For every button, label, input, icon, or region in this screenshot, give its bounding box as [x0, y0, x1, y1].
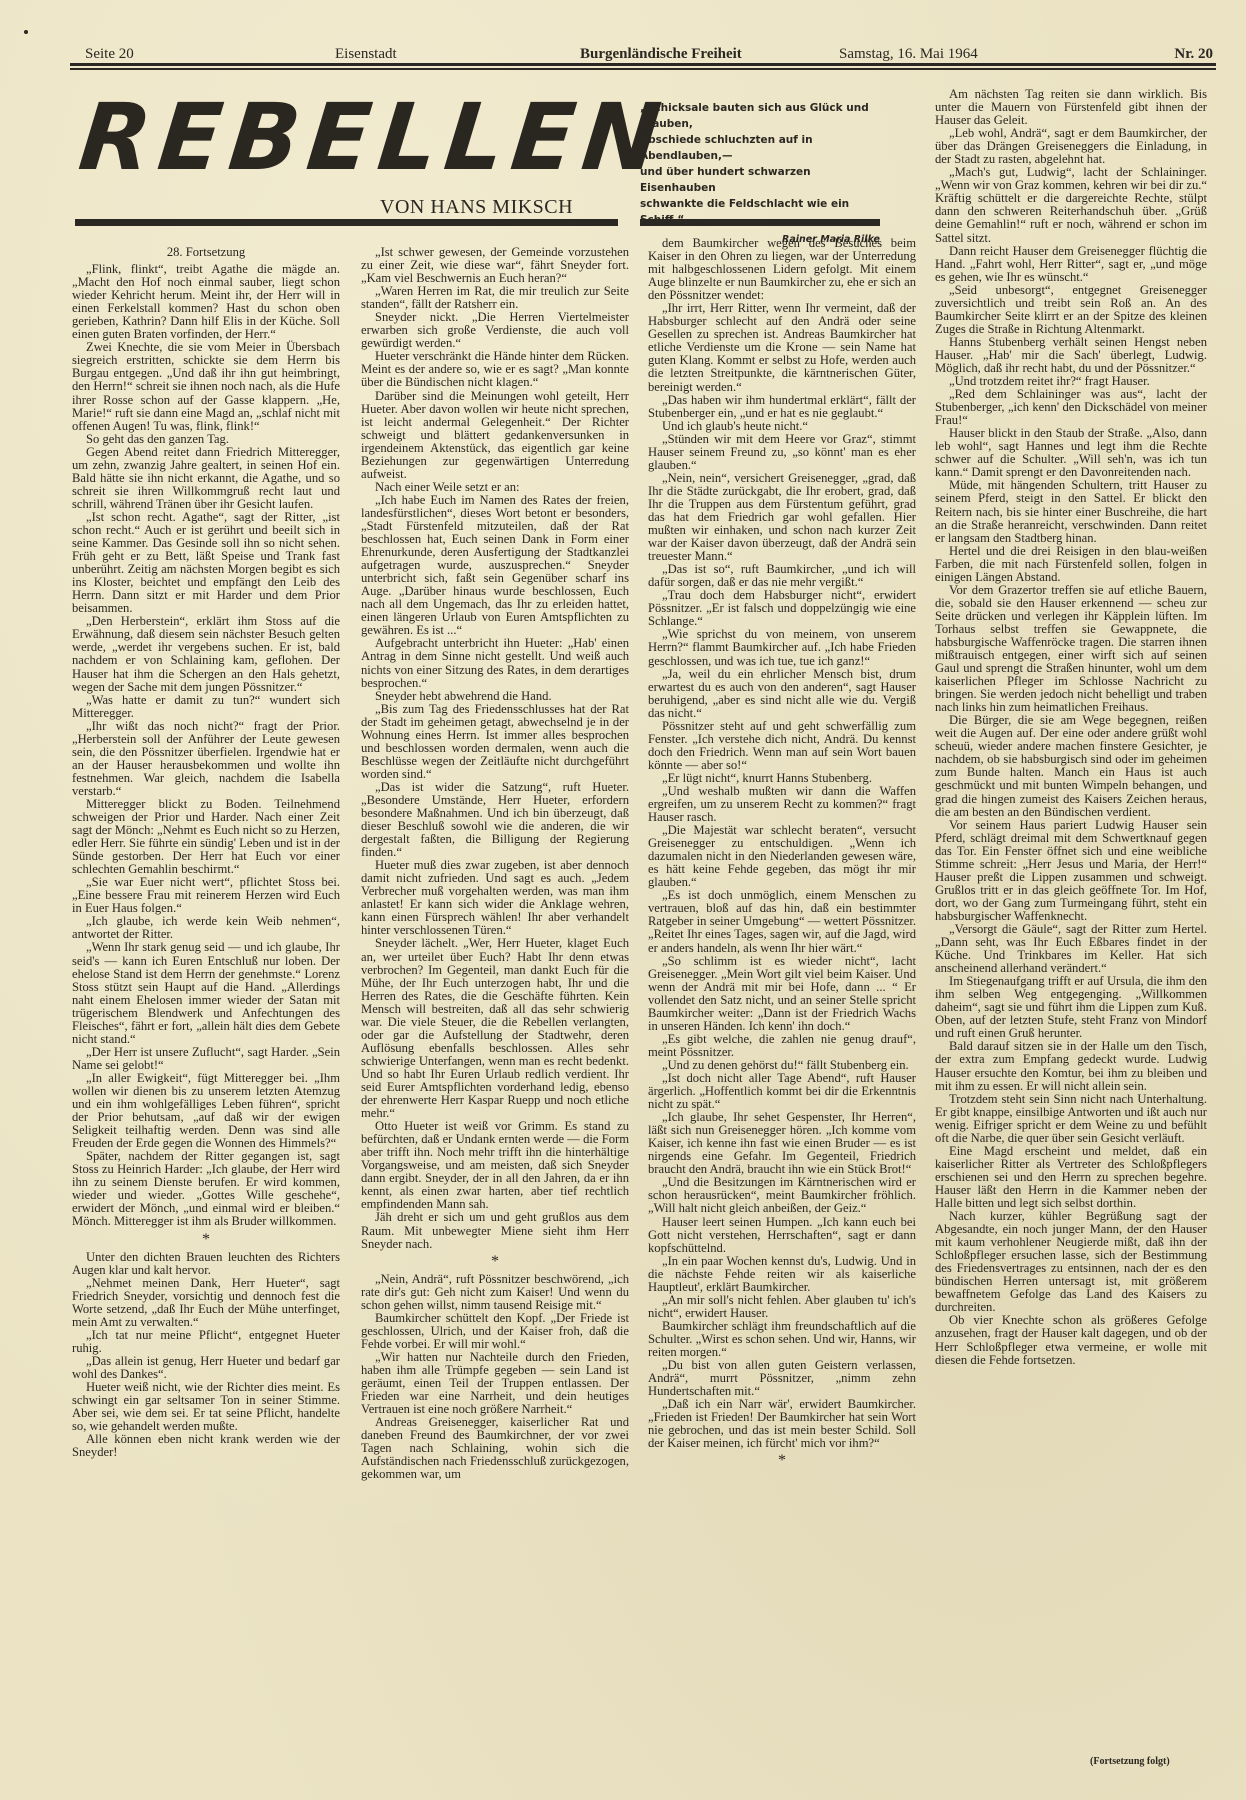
paragraph: So geht das den ganzen Tag.: [72, 433, 340, 446]
paragraph: „Bis zum Tag des Friedensschlusses hat d…: [361, 703, 629, 781]
paragraph: „Daß ich ein Narr wär', erwidert Baumkir…: [648, 1398, 916, 1450]
paragraph: „Und die Besitzungen im Kärntnerischen w…: [648, 1176, 916, 1215]
paragraph: „Das ist wider die Satzung“, ruft Hueter…: [361, 781, 629, 859]
epigraph-line: und über hundert schwarzen Eisenhauben: [640, 164, 880, 196]
paragraph: Bald darauf sitzen sie in der Halle um d…: [935, 1040, 1207, 1092]
paragraph: „Ist doch nicht aller Tage Abend“, ruft …: [648, 1072, 916, 1111]
title-rule: [75, 219, 618, 226]
paragraph: „Das haben wir ihm hundertmal erklärt“, …: [648, 394, 916, 420]
epigraph-rule: [640, 219, 880, 226]
paragraph: Eine Magd erscheint und meldet, daß ein …: [935, 1145, 1207, 1210]
paragraph: „Ich glaube, ich werde kein Weib nehmen“…: [72, 915, 340, 941]
paragraph: „In aller Ewigkeit“, fügt Mitteregger be…: [72, 1072, 340, 1150]
paragraph: „Ich glaube, Ihr sehet Gespenster, Ihr H…: [648, 1111, 916, 1176]
paragraph: Sneyder hebt abwehrend die Hand.: [361, 690, 629, 703]
paragraph: „Wir hatten nur Nachteile durch den Frie…: [361, 1351, 629, 1416]
paragraph: Hueter muß dies zwar zugeben, ist aber d…: [361, 859, 629, 937]
paragraph: dem Baumkircher wegen des Besuches beim …: [648, 237, 916, 302]
paragraph: „An mir soll's nicht fehlen. Aber glaube…: [648, 1294, 916, 1320]
paragraph: Hauser leert seinen Humpen. „Ich kann eu…: [648, 1216, 916, 1255]
paragraph: „Stünden wir mit dem Heere vor Graz“, st…: [648, 433, 916, 472]
paragraph: „Red dem Schlaininger was aus“, lacht de…: [935, 388, 1207, 427]
paragraph: Baumkircher schlägt ihm freundschaftlich…: [648, 1320, 916, 1359]
paragraph: Vor dem Grazertor treffen sie auf etlich…: [935, 584, 1207, 714]
paragraph: Hauser blickt in den Staub der Straße. „…: [935, 427, 1207, 479]
to-be-continued: (Fortsetzung folgt): [1090, 1756, 1170, 1767]
paragraph: „Das ist so“, ruft Baumkircher, „und ich…: [648, 563, 916, 589]
paragraph: Die Bürger, die sie am Wege begegnen, re…: [935, 714, 1207, 818]
city: Eisenstadt: [335, 46, 397, 63]
paragraph: Baumkircher schüttelt den Kopf. „Der Fri…: [361, 1312, 629, 1351]
paragraph: Sneyder lächelt. „Wer, Herr Hueter, klag…: [361, 937, 629, 1120]
section-separator: *: [72, 1229, 340, 1251]
section-separator: *: [648, 1450, 916, 1472]
paragraph: „Und weshalb mußten wir dann die Waffen …: [648, 785, 916, 824]
paragraph: „Es ist doch unmöglich, einem Menschen z…: [648, 889, 916, 954]
paragraph: „Den Herberstein“, erklärt ihm Stoss auf…: [72, 615, 340, 693]
paragraph: „So schlimm ist es wieder nicht“, lacht …: [648, 955, 916, 1033]
paragraph: „Sie war Euer nicht wert“, pflichtet Sto…: [72, 876, 340, 915]
paragraph: Aufgebracht unterbricht ihn Hueter: „Hab…: [361, 637, 629, 689]
paragraph: Otto Hueter ist weiß vor Grimm. Es stand…: [361, 1120, 629, 1211]
paragraph: Und ich glaub's heute nicht.“: [648, 420, 916, 433]
paragraph: „Ist schon recht. Agathe“, sagt der Ritt…: [72, 511, 340, 615]
text-column-1: 28. Fortsetzung „Flink, flinkt“, treibt …: [72, 246, 340, 1459]
paragraph: „Flink, flinkt“, treibt Agathe die mägde…: [72, 263, 340, 341]
paragraph: „Nein, nein“, versichert Greisenegger, „…: [648, 472, 916, 563]
paragraph: „Versorgt die Gäule“, sagt der Ritter zu…: [935, 923, 1207, 975]
paragraph: Später, nachdem der Ritter gegangen ist,…: [72, 1150, 340, 1228]
issue-date: Samstag, 16. Mai 1964: [839, 46, 978, 63]
text-column-2: „Ist schwer gewesen, der Gemeinde vorzus…: [361, 246, 629, 1481]
paragraph: „Der Herr ist unsere Zuflucht“, sagt Har…: [72, 1046, 340, 1072]
newspaper-name: Burgenländische Freiheit: [580, 46, 742, 63]
paragraph: „Du bist von allen guten Geistern verlas…: [648, 1359, 916, 1398]
paragraph: Pössnitzer steht auf und geht schwerfäll…: [648, 720, 916, 772]
paragraph: Dann reicht Hauser dem Greisenegger flüc…: [935, 245, 1207, 284]
page-number: Seite 20: [85, 46, 134, 63]
paragraph: „Waren Herren im Rat, die mir treulich z…: [361, 285, 629, 311]
paragraph: „Das allein ist genug, Herr Hueter und b…: [72, 1355, 340, 1381]
paragraph: Andreas Greisenegger, kaiserlicher Rat u…: [361, 1416, 629, 1481]
paragraph: „Ich tat nur meine Pflicht“, entgegnet H…: [72, 1329, 340, 1355]
paragraph: Darüber sind die Meinungen wohl geteilt,…: [361, 390, 629, 481]
paragraph: Alle können eben nicht krank werden wie …: [72, 1433, 340, 1459]
paragraph: Jäh dreht er sich um und geht grußlos au…: [361, 1211, 629, 1250]
paragraph: Vor seinem Haus pariert Ludwig Hauser se…: [935, 819, 1207, 923]
paragraph: „Nein, Andrä“, ruft Pössnitzer beschwöre…: [361, 1273, 629, 1312]
epigraph-line: Abschiede schluchzten auf in Abendlauben…: [640, 132, 880, 164]
paragraph: Gegen Abend reitet dann Friedrich Mitter…: [72, 446, 340, 511]
text-column-3: dem Baumkircher wegen des Besuches beim …: [648, 237, 916, 1472]
paragraph: Zwei Knechte, die sie vom Meier in Übers…: [72, 341, 340, 432]
paragraph: „Ich habe Euch im Namen des Rates der fr…: [361, 494, 629, 638]
paragraph: „Trau doch dem Habsburger nicht“, erwide…: [648, 589, 916, 628]
paragraph: „Nehmet meinen Dank, Herr Hueter“, sagt …: [72, 1277, 340, 1329]
paragraph: Hertel und die drei Reisigen in den blau…: [935, 545, 1207, 584]
paragraph: „Seid unbesorgt“, entgegnet Greisenegger…: [935, 284, 1207, 336]
paragraph: „Ihr wißt das noch nicht?“ fragt der Pri…: [72, 720, 340, 798]
paragraph: „Wenn Ihr stark genug seid — und ich gla…: [72, 941, 340, 1045]
story-author: VON HANS MIKSCH: [380, 196, 573, 219]
paragraph: „In ein paar Wochen kennst du's, Ludwig.…: [648, 1255, 916, 1294]
paragraph: „Die Majestät war schlecht beraten“, ver…: [648, 824, 916, 889]
installment-label: 28. Fortsetzung: [72, 246, 340, 259]
section-separator: *: [361, 1251, 629, 1273]
paragraph: „Mach's gut, Ludwig“, lacht der Schlaini…: [935, 166, 1207, 244]
paragraph: „Es gibt welche, die zahlen nie genug dr…: [648, 1033, 916, 1059]
paragraph: Müde, mit hängenden Schultern, tritt Hau…: [935, 479, 1207, 544]
paragraph: „Ist schwer gewesen, der Gemeinde vorzus…: [361, 246, 629, 285]
paragraph: „Er lügt nicht“, knurrt Hanns Stubenberg…: [648, 772, 916, 785]
epigraph-line: „Schicksale bauten sich aus Glück und Gl…: [640, 100, 880, 132]
text-column-4: Am nächsten Tag reiten sie dann wirklich…: [935, 88, 1207, 1367]
paragraph: „Ja, weil du ein ehrlicher Mensch bist, …: [648, 668, 916, 720]
paragraph: Sneyder nickt. „Die Herren Viertelmeiste…: [361, 311, 629, 350]
paragraph: Ob vier Knechte schon als größeres Gefol…: [935, 1314, 1207, 1366]
paragraph: Im Stiegenaufgang trifft er auf Ursula, …: [935, 975, 1207, 1040]
story-title: REBELLEN: [75, 88, 606, 188]
paragraph: „Leb wohl, Andrä“, sagt er dem Baumkirch…: [935, 127, 1207, 166]
paragraph: Hueter weiß nicht, wie der Richter dies …: [72, 1381, 340, 1433]
paragraph: Nach einer Weile setzt er an:: [361, 481, 629, 494]
paragraph: „Was hatte er damit zu tun?“ wundert sic…: [72, 694, 340, 720]
paragraph: Trotzdem steht sein Sinn nicht nach Unte…: [935, 1093, 1207, 1145]
paragraph: Hanns Stubenberg verhält seinen Hengst n…: [935, 336, 1207, 375]
issue-number: Nr. 20: [1174, 46, 1213, 63]
paragraph: Mitteregger blickt zu Boden. Teilnehmend…: [72, 798, 340, 876]
paragraph: Hueter verschränkt die Hände hinter dem …: [361, 350, 629, 389]
paragraph: Nach kurzer, kühler Begrüßung sagt der A…: [935, 1210, 1207, 1314]
masthead-rule: [70, 63, 1216, 70]
paragraph: Am nächsten Tag reiten sie dann wirklich…: [935, 88, 1207, 127]
paragraph: „Wie sprichst du von meinem, von unserem…: [648, 628, 916, 667]
paragraph: Unter den dichten Brauen leuchten des Ri…: [72, 1251, 340, 1277]
paragraph: „Ihr irrt, Herr Ritter, wenn Ihr vermein…: [648, 302, 916, 393]
print-speck: [24, 30, 28, 34]
